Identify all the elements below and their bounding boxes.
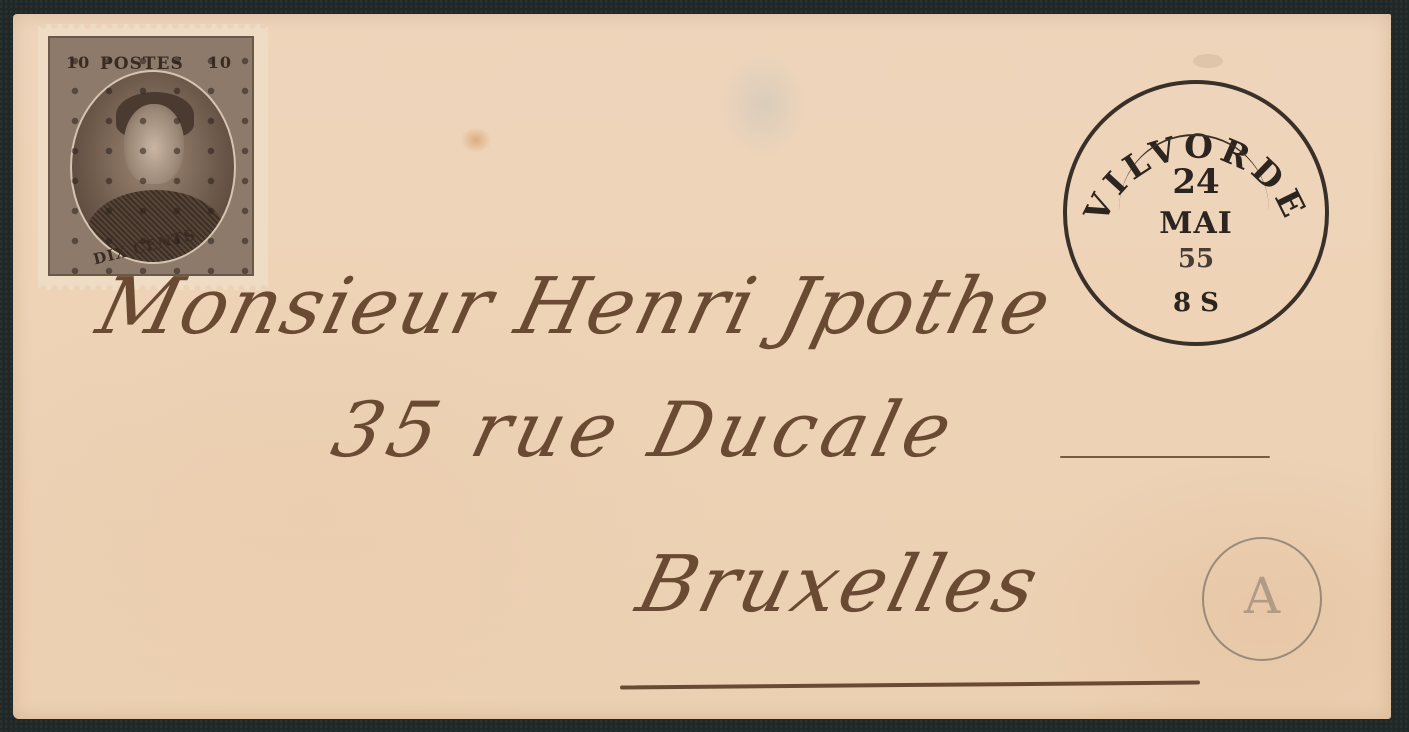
postmark-day: 24 bbox=[1067, 162, 1325, 202]
postmark-month: MAI bbox=[1067, 206, 1325, 241]
a-mark-letter: A bbox=[1204, 567, 1320, 625]
dotted-cancel-icon bbox=[50, 38, 252, 274]
postage-stamp: 10 POSTES 10 DIX CENTS bbox=[38, 24, 268, 290]
postmark-hour: 8 S bbox=[1067, 288, 1325, 318]
address-recipient: Monsieur Henri Jpothe bbox=[89, 262, 1061, 352]
address-city: Bruxelles bbox=[629, 540, 1050, 630]
foxing-stain bbox=[1193, 54, 1223, 68]
address-flourish bbox=[1060, 456, 1270, 458]
date-postmark: VILVORDE 24 MAI 55 8 S bbox=[1063, 80, 1329, 346]
postmark-year: 55 bbox=[1067, 244, 1325, 274]
stamp-frame: 10 POSTES 10 DIX CENTS bbox=[48, 36, 254, 276]
circled-a-mark: A bbox=[1202, 537, 1322, 661]
address-street: 35 rue Ducale bbox=[324, 385, 967, 474]
